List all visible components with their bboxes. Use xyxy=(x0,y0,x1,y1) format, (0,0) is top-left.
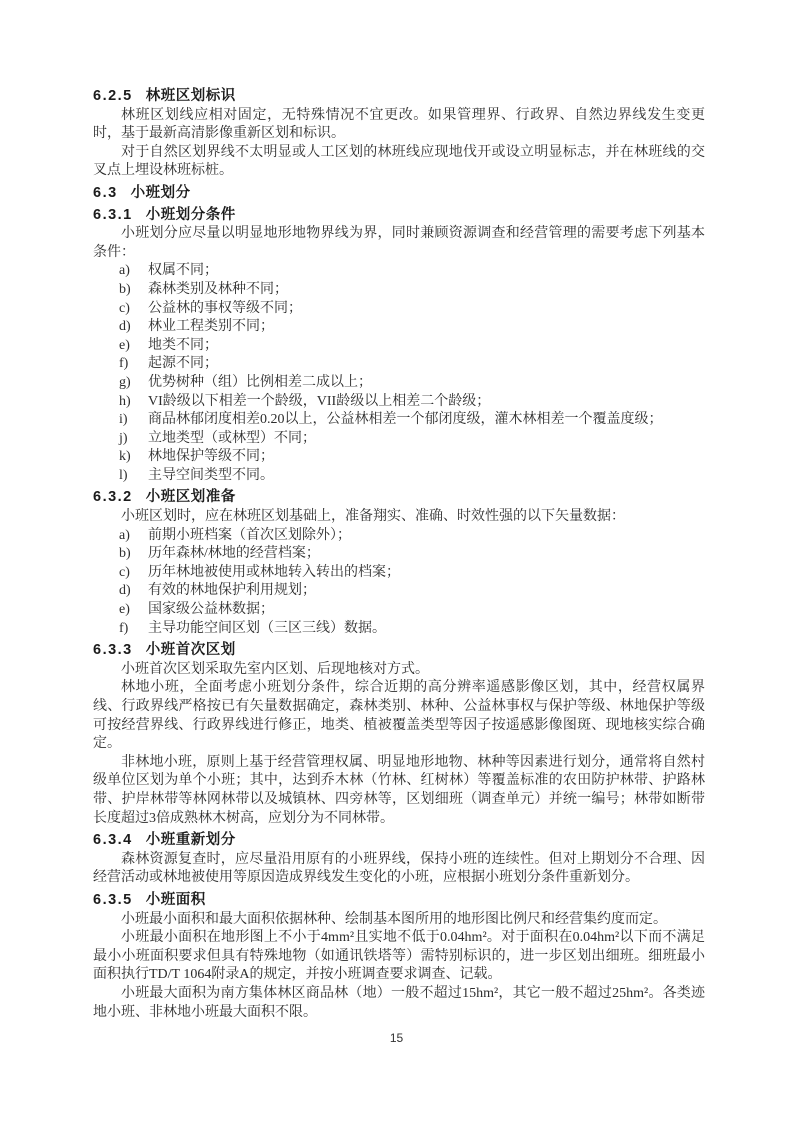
paragraph: 对于自然区划界线不太明显或人工区划的林班线应现地伐开或设立明显标志，并在林班线的… xyxy=(93,144,705,181)
list-item: h)VI龄级以下相差一个龄级，VII龄级以上相差二个龄级； xyxy=(93,393,705,412)
list-item: c)历年林地被使用或林地转入转出的档案； xyxy=(93,564,705,583)
list-item-text: 历年林地被使用或林地转入转出的档案； xyxy=(148,565,400,580)
list-item-label: a) xyxy=(119,262,130,281)
list-item-text: 商品林郁闭度相差0.20以上，公益林相差一个郁闭度级，灌木林相差一个覆盖度级； xyxy=(148,412,663,427)
heading-number: 6.3 xyxy=(93,185,118,201)
heading-number: 6.2.5 xyxy=(93,88,133,104)
list-item: a)权属不同； xyxy=(93,262,705,281)
heading-title: 小班重新划分 xyxy=(146,832,236,848)
section-heading: 6.2.5林班区划标识 xyxy=(93,87,705,106)
list-item: d)林业工程类别不同； xyxy=(93,318,705,337)
list-item-label: e) xyxy=(119,601,130,620)
list-item: e)地类不同； xyxy=(93,337,705,356)
heading-number: 6.3.5 xyxy=(93,892,133,908)
list-item-label: h) xyxy=(119,393,131,412)
list-item: f)主导功能空间区划（三区三线）数据。 xyxy=(93,620,705,639)
heading-title: 小班划分条件 xyxy=(146,207,236,223)
paragraph: 小班区划时，应在林班区划基础上，准备翔实、准确、时效性强的以下矢量数据： xyxy=(93,508,705,527)
list-item: g)优势树种（组）比例相差二成以上； xyxy=(93,374,705,393)
list-item-text: 历年森林/林地的经营档案； xyxy=(148,546,320,561)
page-number: 15 xyxy=(0,1031,793,1045)
document-body: 6.2.5林班区划标识林班区划线应相对固定，无特殊情况不宜更改。如果管理界、行政… xyxy=(93,84,705,1022)
list-item-label: i) xyxy=(119,411,128,430)
paragraph: 林地小班，全面考虑小班划分条件，综合近期的高分辨率遥感影像区划，其中，经营权属界… xyxy=(93,679,705,753)
list-item-text: 权属不同； xyxy=(148,263,218,278)
list-item-text: 前期小班档案（首次区划除外）； xyxy=(148,528,351,543)
list-item-text: 立地类型（或林型）不同； xyxy=(148,431,316,446)
list-item: j)立地类型（或林型）不同； xyxy=(93,430,705,449)
list-item-text: 起源不同； xyxy=(148,356,218,371)
paragraph: 小班最大面积为南方集体林区商品林（地）一般不超过15hm²，其它一般不超过25h… xyxy=(93,985,705,1022)
paragraph: 非林地小班，原则上基于经营管理权属、明显地形地物、林种等因素进行划分，通常将自然… xyxy=(93,754,705,828)
heading-number: 6.3.2 xyxy=(93,489,133,505)
list-item-label: f) xyxy=(119,355,128,374)
heading-number: 6.3.4 xyxy=(93,832,133,848)
list-item-text: 主导功能空间区划（三区三线）数据。 xyxy=(148,621,386,636)
list-item-label: f) xyxy=(119,620,128,639)
list-item: l)主导空间类型不同。 xyxy=(93,467,705,486)
paragraph: 林班区划线应相对固定，无特殊情况不宜更改。如果管理界、行政界、自然边界线发生变更… xyxy=(93,107,705,144)
heading-title: 小班面积 xyxy=(146,892,206,908)
list-item-label: e) xyxy=(119,337,130,356)
list-item-label: l) xyxy=(119,467,128,486)
list-item-text: 公益林的事权等级不同； xyxy=(148,301,302,316)
list-item-label: c) xyxy=(119,564,130,583)
list-item: k)林地保护等级不同； xyxy=(93,448,705,467)
heading-title: 林班区划标识 xyxy=(146,88,236,104)
list-item: f)起源不同； xyxy=(93,355,705,374)
paragraph: 森林资源复查时，应尽量沿用原有的小班界线，保持小班的连续性。但对上期划分不合理、… xyxy=(93,851,705,888)
list-item-label: b) xyxy=(119,545,131,564)
list-item: i)商品林郁闭度相差0.20以上，公益林相差一个郁闭度级，灌木林相差一个覆盖度级… xyxy=(93,411,705,430)
list-item: c)公益林的事权等级不同； xyxy=(93,300,705,319)
heading-title: 小班划分 xyxy=(131,185,191,201)
list-item-text: 林地保护等级不同； xyxy=(148,449,274,464)
section-heading: 6.3.3小班首次区划 xyxy=(93,641,705,660)
list-item-text: 地类不同； xyxy=(148,338,218,353)
list-item-label: d) xyxy=(119,582,131,601)
paragraph: 小班最小面积和最大面积依据林种、绘制基本图所用的地形图比例尺和经营集约度而定。 xyxy=(93,911,705,930)
list-item-text: 国家级公益林数据； xyxy=(148,602,274,617)
heading-title: 小班区划准备 xyxy=(146,489,236,505)
list-item-text: 优势树种（组）比例相差二成以上； xyxy=(148,375,372,390)
list-item-text: 森林类别及林种不同； xyxy=(148,282,288,297)
heading-number: 6.3.3 xyxy=(93,642,133,658)
list-item-label: d) xyxy=(119,318,131,337)
section-heading: 6.3.1小班划分条件 xyxy=(93,206,705,225)
list-item: d)有效的林地保护利用规划； xyxy=(93,582,705,601)
heading-title: 小班首次区划 xyxy=(146,642,236,658)
list-item-label: c) xyxy=(119,300,130,319)
section-heading: 6.3小班划分 xyxy=(93,184,705,203)
list-item-text: 有效的林地保护利用规划； xyxy=(148,583,316,598)
list-item: a)前期小班档案（首次区划除外）； xyxy=(93,527,705,546)
list-item-text: VI龄级以下相差一个龄级，VII龄级以上相差二个龄级； xyxy=(148,394,490,409)
list-item: b)历年森林/林地的经营档案； xyxy=(93,545,705,564)
list-item-text: 林业工程类别不同； xyxy=(148,319,274,334)
ordered-list: a)前期小班档案（首次区划除外）；b)历年森林/林地的经营档案；c)历年林地被使… xyxy=(93,527,705,639)
section-heading: 6.3.2小班区划准备 xyxy=(93,488,705,507)
paragraph: 小班划分应尽量以明显地形地物界线为界，同时兼顾资源调查和经营管理的需要考虑下列基… xyxy=(93,225,705,262)
paragraph: 小班首次区划采取先室内区划、后现地核对方式。 xyxy=(93,661,705,680)
section-heading: 6.3.5小班面积 xyxy=(93,891,705,910)
list-item: b)森林类别及林种不同； xyxy=(93,281,705,300)
list-item-label: j) xyxy=(119,430,128,449)
list-item-label: b) xyxy=(119,281,131,300)
section-heading: 6.3.4小班重新划分 xyxy=(93,831,705,850)
list-item-label: a) xyxy=(119,527,130,546)
paragraph: 小班最小面积在地形图上不小于4mm²且实地不低于0.04hm²。对于面积在0.0… xyxy=(93,929,705,985)
ordered-list: a)权属不同；b)森林类别及林种不同；c)公益林的事权等级不同；d)林业工程类别… xyxy=(93,262,705,485)
list-item: e)国家级公益林数据； xyxy=(93,601,705,620)
list-item-text: 主导空间类型不同。 xyxy=(148,468,274,483)
list-item-label: g) xyxy=(119,374,131,393)
list-item-label: k) xyxy=(119,448,131,467)
heading-number: 6.3.1 xyxy=(93,207,133,223)
